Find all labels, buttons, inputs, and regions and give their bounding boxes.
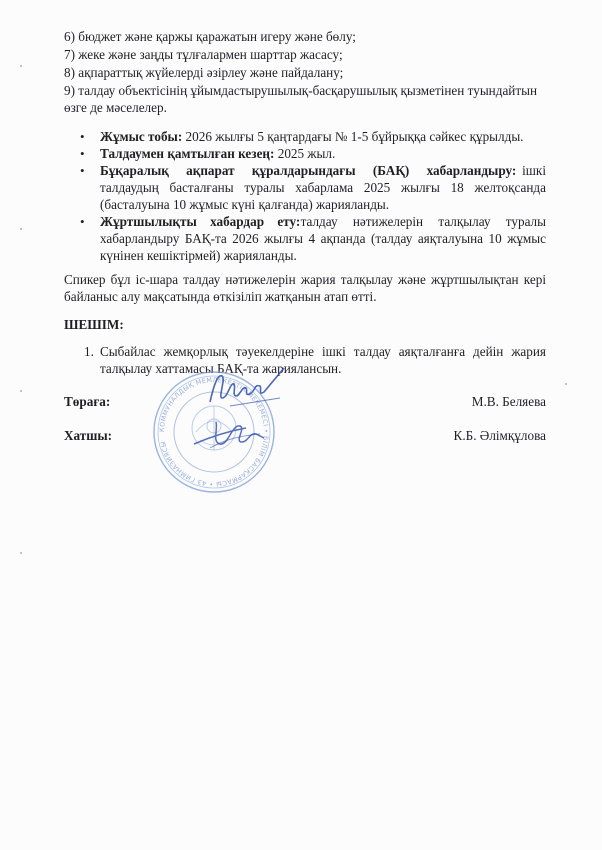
bullet-label: Талдаумен қамтылған кезең: bbox=[100, 146, 274, 161]
bullet-icon: • bbox=[80, 145, 85, 162]
speaker-paragraph-line: байланыс алу мақсатында өткізіліп жатқан… bbox=[64, 288, 377, 305]
scan-speck bbox=[20, 390, 22, 392]
bullet-text: 2026 жылғы 5 қаңтардағы № 1-5 бұйрыққа с… bbox=[182, 129, 523, 144]
scan-speck bbox=[20, 552, 22, 554]
bullet-label: Бұқаралық ақпарат құралдарындағы (БАҚ) х… bbox=[100, 162, 516, 179]
bullet-period: Талдаумен қамтылған кезең: 2025 жыл. bbox=[100, 145, 335, 162]
bullet-text: 2025 жыл. bbox=[274, 146, 335, 161]
bullet-text: талдау нәтижелерін талқылау туралы bbox=[301, 213, 546, 230]
decision-text-line: Сыбайлас жемқорлық тәуекелдеріне ішкі та… bbox=[100, 343, 546, 360]
scan-speck bbox=[565, 383, 567, 385]
bullet-icon: • bbox=[80, 128, 85, 145]
document-page: 6) бюджет және қаржы қаражатын игеру жән… bbox=[0, 0, 602, 850]
chair-role-label: Төраға: bbox=[64, 393, 110, 410]
decision-heading: ШЕШІМ: bbox=[64, 316, 124, 333]
bullet-media-notice: Бұқаралық ақпарат құралдарындағы (БАҚ) х… bbox=[100, 162, 546, 179]
bullet-text-line: талдаудың басталғаны туралы хабарлама 20… bbox=[100, 179, 546, 196]
chair-name: М.В. Беляева bbox=[472, 393, 546, 410]
list-item-6: 6) бюджет және қаржы қаражатын игеру жән… bbox=[64, 28, 356, 45]
bullet-icon: • bbox=[80, 162, 85, 179]
chair-signature-icon bbox=[200, 364, 290, 412]
secretary-role-label: Хатшы: bbox=[64, 427, 112, 444]
list-item-9: 9) талдау объектісінің ұйымдастырушылық-… bbox=[64, 82, 537, 99]
bullet-working-group: Жұмыс тобы: 2026 жылғы 5 қаңтардағы № 1-… bbox=[100, 128, 523, 145]
list-item-9-cont: өзге де мәселелер. bbox=[64, 99, 167, 116]
list-item-8: 8) ақпараттық жүйелерді әзірлеу және пай… bbox=[64, 64, 343, 81]
speaker-paragraph-line: Спикер бұл іс-шара талдау нәтижелерін жа… bbox=[64, 271, 546, 288]
bullet-text-line: күнінен кешіктірмей) жарияланды. bbox=[100, 247, 297, 264]
bullet-text: ішкі bbox=[522, 162, 546, 179]
bullet-label: Жұртшылықты хабардар ету: bbox=[100, 213, 300, 230]
secretary-signature-icon bbox=[190, 414, 270, 454]
bullet-label: Жұмыс тобы: bbox=[100, 129, 182, 144]
list-item-7: 7) жеке және заңды тұлғалармен шарттар ж… bbox=[64, 46, 343, 63]
bullet-text-line: хабарландыру БАҚ-та 2026 жылғы 4 ақпанда… bbox=[100, 230, 546, 247]
secretary-name: К.Б. Әлімқұлова bbox=[454, 427, 546, 444]
scan-speck bbox=[20, 228, 22, 230]
bullet-text-line: (басталуына 10 жұмыс күні қалғанда) жари… bbox=[100, 196, 389, 213]
bullet-public-notice: Жұртшылықты хабардар ету:талдау нәтижеле… bbox=[100, 213, 546, 230]
scan-speck bbox=[20, 65, 22, 67]
decision-number: 1. bbox=[84, 343, 94, 360]
bullet-icon: • bbox=[80, 213, 85, 230]
